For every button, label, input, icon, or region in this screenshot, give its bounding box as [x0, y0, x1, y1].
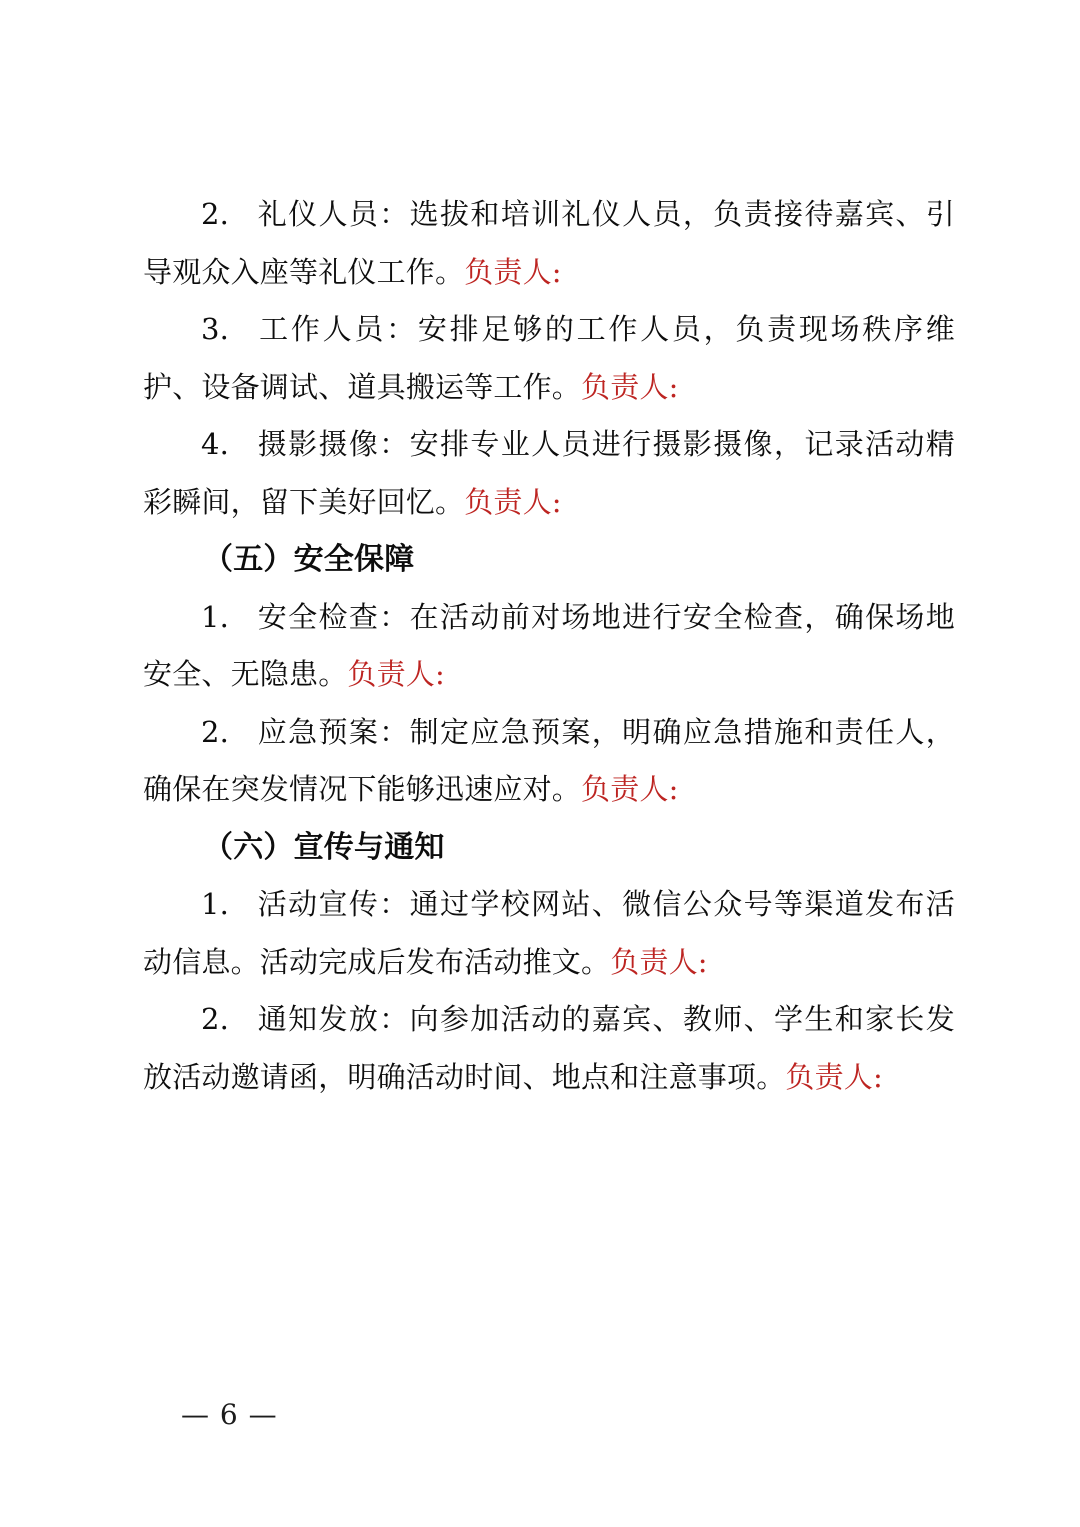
list-item: 2.通知发放：向参加活动的嘉宾、教师、学生和家长发放活动邀请函，明确活动时间、地…: [143, 991, 955, 1106]
list-item: 3.工作人员：安排足够的工作人员，负责现场秩序维护、设备调试、道具搬运等工作。负…: [143, 301, 955, 416]
item-text: 活动宣传：通过学校网站、微信公众号等渠道发布活动信息。活动完成后发布活动推文。: [143, 887, 955, 979]
item-number: 3.: [201, 312, 229, 346]
item-text: 工作人员：安排足够的工作人员，负责现场秩序维护、设备调试、道具搬运等工作。: [143, 312, 955, 404]
item-text: 应急预案：制定应急预案，明确应急措施和责任人，确保在突发情况下能够迅速应对。: [143, 715, 955, 807]
list-item: 1.活动宣传：通过学校网站、微信公众号等渠道发布活动信息。活动完成后发布活动推文…: [143, 876, 955, 991]
item-number: 2.: [201, 715, 229, 749]
owner-label: 负责人:: [610, 945, 708, 979]
owner-label: 负责人:: [464, 485, 562, 519]
item-number: 1.: [201, 600, 229, 634]
section-heading: （五）安全保障: [143, 531, 955, 589]
owner-label: 负责人:: [464, 255, 562, 289]
item-number: 1.: [201, 887, 229, 921]
list-item: 2.礼仪人员：选拔和培训礼仪人员，负责接待嘉宾、引导观众入座等礼仪工作。负责人:: [143, 186, 955, 301]
page-number: — 6 —: [181, 1398, 278, 1432]
list-item: 2.应急预案：制定应急预案，明确应急措施和责任人，确保在突发情况下能够迅速应对。…: [143, 704, 955, 819]
item-number: 2.: [201, 1002, 229, 1036]
owner-label: 负责人:: [581, 772, 679, 806]
owner-label: 负责人:: [581, 370, 679, 404]
list-item: 4.摄影摄像：安排专业人员进行摄影摄像，记录活动精彩瞬间，留下美好回忆。负责人:: [143, 416, 955, 531]
document-body: 2.礼仪人员：选拔和培训礼仪人员，负责接待嘉宾、引导观众入座等礼仪工作。负责人:…: [143, 186, 955, 1106]
section-heading: （六）宣传与通知: [143, 819, 955, 877]
item-number: 2.: [201, 197, 229, 231]
item-number: 4.: [201, 427, 229, 461]
document-page: 2.礼仪人员：选拔和培训礼仪人员，负责接待嘉宾、引导观众入座等礼仪工作。负责人:…: [0, 0, 1080, 1527]
item-text: 安全检查：在活动前对场地进行安全检查，确保场地安全、无隐患。: [143, 600, 955, 692]
owner-label: 负责人:: [347, 657, 445, 691]
owner-label: 负责人:: [785, 1060, 883, 1094]
list-item: 1.安全检查：在活动前对场地进行安全检查，确保场地安全、无隐患。负责人:: [143, 589, 955, 704]
